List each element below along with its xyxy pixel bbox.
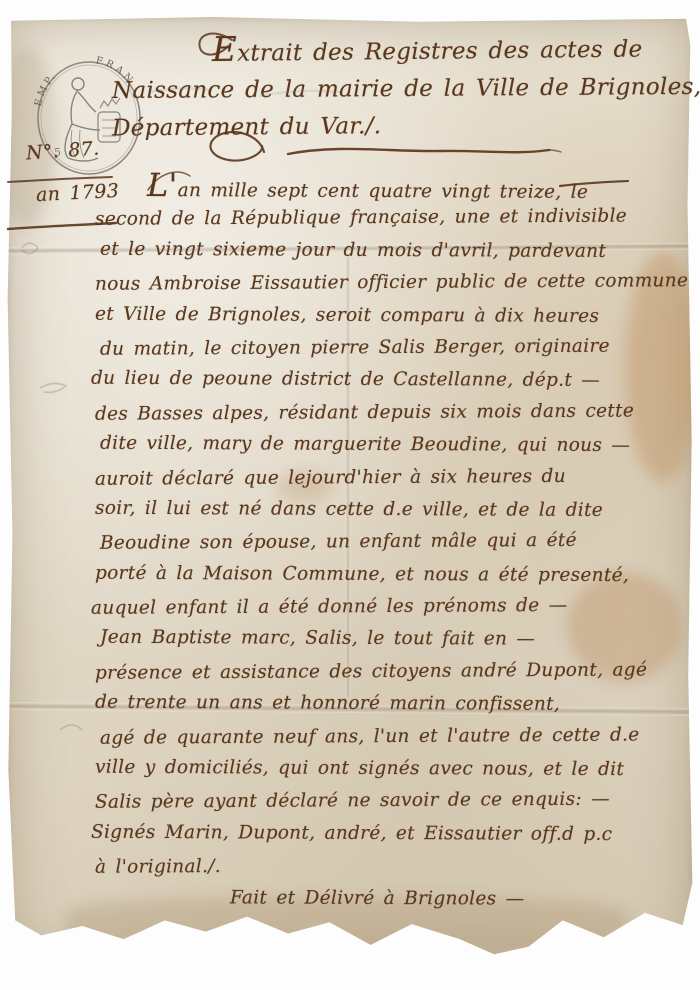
manuscript-line: Signés Marin, Dupont, andré, et Eissauti… (91, 817, 680, 852)
document-header: Extrait des Registres des actes de Naiss… (112, 30, 687, 145)
manuscript-line: des Basses alpes, résidant depuis six mo… (95, 395, 680, 431)
header-line-2: Naissance de la mairie de la Ville de Br… (112, 69, 687, 110)
manuscript-line: L'an mille sept cent quatre vingt treize… (95, 169, 680, 204)
manuscript-line: Jean Baptiste marc, Salis, le tout fait … (100, 622, 680, 657)
manuscript-line: du lieu de peoune district de Castellann… (91, 363, 680, 398)
manuscript-line: de trente un ans et honnoré marin confis… (95, 687, 680, 722)
manuscript-line: porté à la Maison Commune, et nous a été… (95, 557, 680, 592)
manuscript-line: nous Ambroise Eissautier officier public… (95, 265, 680, 301)
manuscript-line: agé de quarante neuf ans, l'un et l'autr… (100, 719, 680, 755)
manuscript-line: du matin, le citoyen pierre Salis Berger… (100, 330, 680, 366)
manuscript-line: présence et assistance des citoyens andr… (95, 654, 680, 690)
manuscript-closing-line: Fait et Délivré à Brignoles — (95, 881, 680, 916)
scanned-document: EMP. FRAN 5 Extrait des Registres des ac… (0, 0, 700, 990)
manuscript-line: et Ville de Brignoles, seroit comparu à … (95, 298, 680, 333)
manuscript-line: soir, il lui est né dans cette d.e ville… (95, 493, 680, 528)
manuscript-line: second de la République française, une e… (95, 201, 680, 237)
manuscript-line: et le vingt sixieme jour du mois d'avril… (100, 234, 680, 269)
manuscript-line: dite ville, mary de marguerite Beoudine,… (100, 428, 680, 463)
document-body: L'an mille sept cent quatre vingt treize… (95, 170, 680, 915)
manuscript-line: auroit déclaré que lejourd'hier à six he… (95, 460, 680, 496)
manuscript-line: à l'original./. (95, 848, 680, 884)
manuscript-line: auquel enfant il a été donné les prénoms… (91, 589, 680, 625)
manuscript-line: Salis père ayant déclaré ne savoir de ce… (95, 784, 680, 820)
header-line-3: Département du Var./. (112, 105, 687, 147)
manuscript-line: Beoudine son épouse, un enfant mâle qui … (100, 525, 680, 561)
manuscript-line: ville y domiciliés, qui ont signés avec … (95, 752, 680, 787)
header-line-1: Extrait des Registres des actes de (112, 27, 687, 74)
